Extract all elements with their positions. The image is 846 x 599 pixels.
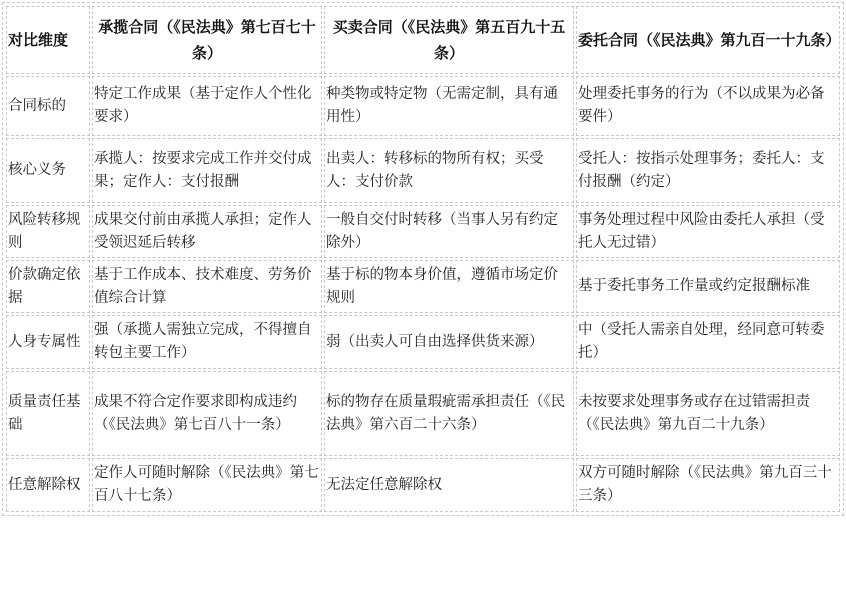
row-dimension: 核心义务 (6, 138, 90, 203)
row-dimension: 人身专属性 (6, 315, 90, 369)
cell-contracting: 基于工作成本、技术难度、劳务价值综合计算 (92, 260, 322, 313)
row-dimension: 价款确定依据 (6, 260, 90, 313)
cell-contracting: 特定工作成果（基于定作人个性化要求） (92, 76, 322, 136)
cell-sales: 种类物或特定物（无需定制，具有通用性） (324, 76, 574, 136)
cell-entrustment: 中（受托人需亲自处理，经同意可转委托） (576, 315, 840, 369)
cell-entrustment: 基于委托事务工作量或约定报酬标准 (576, 260, 840, 313)
table-row: 质量责任基础 成果不符合定作要求即构成违约（《民法典》第七百八十一条） 标的物存… (6, 371, 840, 456)
cell-sales: 出卖人：转移标的物所有权；买受人：支付价款 (324, 138, 574, 203)
cell-entrustment: 处理委托事务的行为（不以成果为必备要件） (576, 76, 840, 136)
row-dimension: 风险转移规则 (6, 205, 90, 258)
cell-contracting: 定作人可随时解除（《民法典》第七百八十七条） (92, 458, 322, 512)
cell-contracting: 强（承揽人需独立完成，不得擅自转包主要工作） (92, 315, 322, 369)
comparison-table-container: 对比维度 承揽合同（《民法典》第七百七十条） 买卖合同（《民法典》第五百九十五条… (2, 2, 844, 516)
cell-entrustment: 受托人：按指示处理事务；委托人：支付报酬（约定） (576, 138, 840, 203)
cell-entrustment: 事务处理过程中风险由委托人承担（受托人无过错） (576, 205, 840, 258)
table-row: 任意解除权 定作人可随时解除（《民法典》第七百八十七条） 无法定任意解除权 双方… (6, 458, 840, 512)
cell-contracting: 承揽人：按要求完成工作并交付成果；定作人：支付报酬 (92, 138, 322, 203)
header-dimension: 对比维度 (6, 6, 90, 74)
header-entrustment-contract: 委托合同（《民法典》第九百一十九条） (576, 6, 840, 74)
cell-entrustment: 双方可随时解除（《民法典》第九百三十三条） (576, 458, 840, 512)
cell-sales: 弱（出卖人可自由选择供货来源） (324, 315, 574, 369)
row-dimension: 任意解除权 (6, 458, 90, 512)
contract-comparison-table: 对比维度 承揽合同（《民法典》第七百七十条） 买卖合同（《民法典》第五百九十五条… (4, 4, 842, 514)
header-sales-contract: 买卖合同（《民法典》第五百九十五条） (324, 6, 574, 74)
header-contracting-contract: 承揽合同（《民法典》第七百七十条） (92, 6, 322, 74)
table-row: 价款确定依据 基于工作成本、技术难度、劳务价值综合计算 基于标的物本身价值，遵循… (6, 260, 840, 313)
cell-sales: 无法定任意解除权 (324, 458, 574, 512)
cell-sales: 一般自交付时转移（当事人另有约定除外） (324, 205, 574, 258)
cell-contracting: 成果交付前由承揽人承担；定作人受领迟延后转移 (92, 205, 322, 258)
cell-sales: 标的物存在质量瑕疵需承担责任（《民法典》第六百二十六条） (324, 371, 574, 456)
table-header-row: 对比维度 承揽合同（《民法典》第七百七十条） 买卖合同（《民法典》第五百九十五条… (6, 6, 840, 74)
cell-entrustment: 未按要求处理事务或存在过错需担责（《民法典》第九百二十九条） (576, 371, 840, 456)
table-row: 合同标的 特定工作成果（基于定作人个性化要求） 种类物或特定物（无需定制，具有通… (6, 76, 840, 136)
row-dimension: 质量责任基础 (6, 371, 90, 456)
table-row: 核心义务 承揽人：按要求完成工作并交付成果；定作人：支付报酬 出卖人：转移标的物… (6, 138, 840, 203)
cell-contracting: 成果不符合定作要求即构成违约（《民法典》第七百八十一条） (92, 371, 322, 456)
cell-sales: 基于标的物本身价值，遵循市场定价规则 (324, 260, 574, 313)
row-dimension: 合同标的 (6, 76, 90, 136)
table-row: 人身专属性 强（承揽人需独立完成，不得擅自转包主要工作） 弱（出卖人可自由选择供… (6, 315, 840, 369)
table-row: 风险转移规则 成果交付前由承揽人承担；定作人受领迟延后转移 一般自交付时转移（当… (6, 205, 840, 258)
